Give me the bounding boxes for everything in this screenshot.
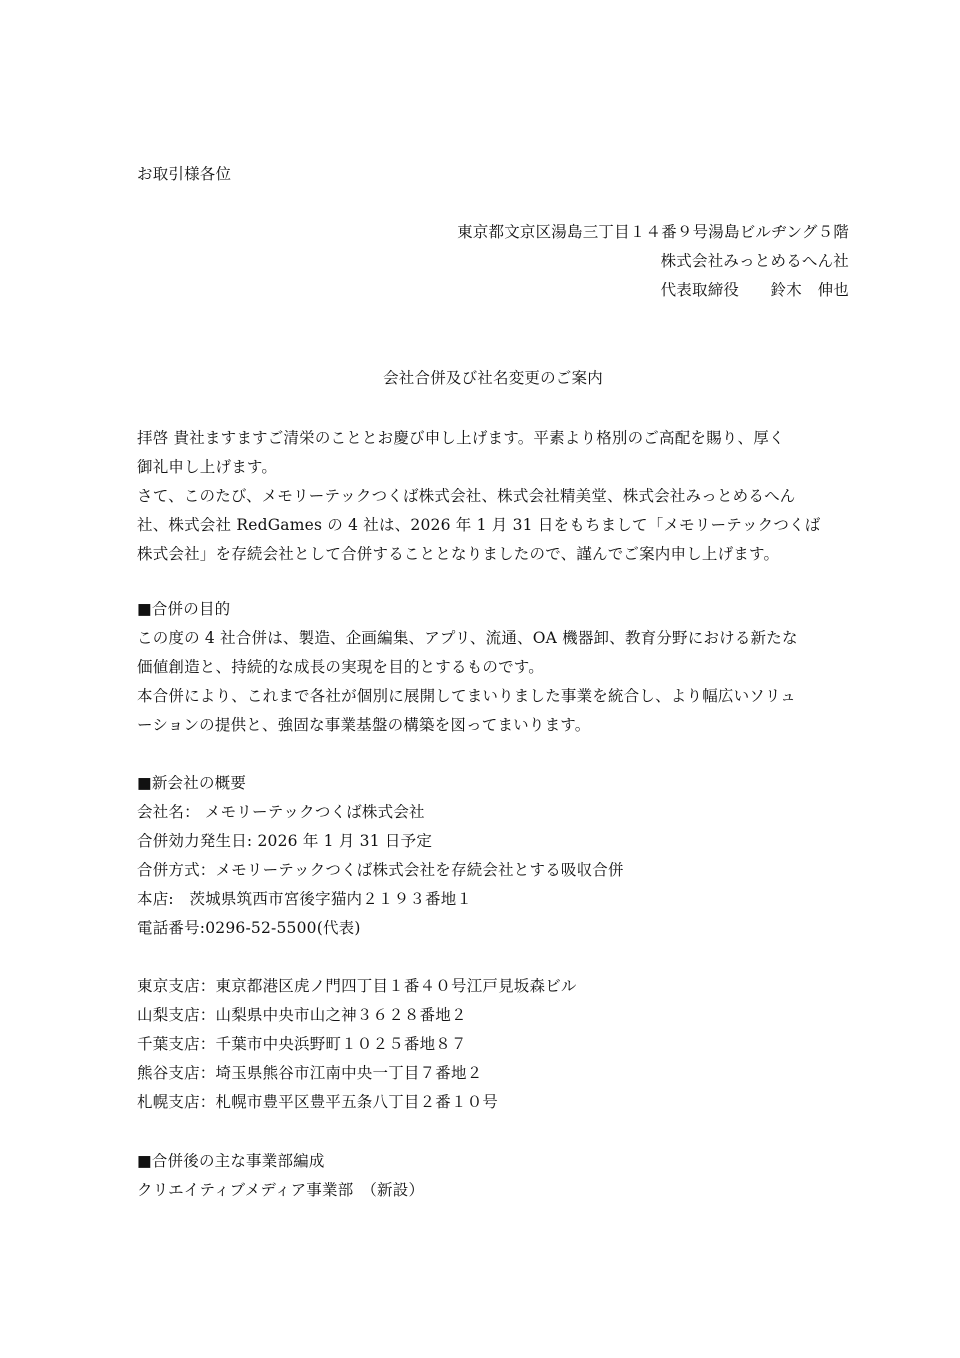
overview-head-office: 本店: 茨城県筑西市宮後字猫内２１９３番地１ — [137, 889, 472, 909]
intro-line: 御礼申し上げます。 — [137, 457, 277, 477]
overview-company-name: 会社名： メモリーテックつくば株式会社 — [137, 802, 425, 822]
overview-phone: 電話番号:0296-52-5500(代表) — [137, 918, 361, 938]
sender-representative: 代表取締役 鈴木 伸也 — [661, 280, 849, 300]
document-title: 会社合併及び社名変更のご案内 — [137, 368, 849, 388]
recipient: お取引様各位 — [137, 164, 231, 184]
section-heading-overview: ■新会社の概要 — [137, 773, 246, 793]
intro-line: さて、このたび、メモリーテックつくば株式会社、株式会社精美堂、株式会社みっとめる… — [137, 486, 795, 506]
branch-kumagaya: 熊谷支店：埼玉県熊谷市江南中央一丁目７番地２ — [137, 1063, 482, 1083]
overview-effective-date: 合併効力発生日: 2026 年 1 月 31 日予定 — [137, 831, 432, 851]
overview-merger-method: 合併方式：メモリーテックつくば株式会社を存続会社とする吸収合併 — [137, 860, 624, 880]
branch-chiba: 千葉支店：千葉市中央浜野町１０２５番地８７ — [137, 1034, 467, 1054]
intro-line: 拝啓 貴社ますますご清栄のこととお慶び申し上げます。平素より格別のご高配を賜り、… — [137, 428, 785, 448]
branch-yamanashi: 山梨支店：山梨県中央市山之神３６２８番地２ — [137, 1005, 467, 1025]
sender-address: 東京都文京区湯島三丁目１４番９号湯島ビルヂング５階 — [457, 222, 849, 242]
purpose-line: 価値創造と、持続的な成長の実現を目的とするものです。 — [137, 657, 544, 677]
purpose-line: ーションの提供と、強固な事業基盤の構築を図ってまいります。 — [137, 715, 590, 735]
purpose-line: この度の 4 社合併は、製造、企画編集、アプリ、流通、OA 機器卸、教育分野にお… — [137, 628, 798, 648]
sender-company: 株式会社みっとめるへん社 — [661, 251, 849, 271]
intro-line: 株式会社」を存続会社として合併することとなりましたので、謹んでご案内申し上げます… — [137, 544, 779, 564]
branch-sapporo: 札幌支店：札幌市豊平区豊平五条八丁目２番１０号 — [137, 1092, 498, 1112]
section-heading-purpose: ■合併の目的 — [137, 599, 230, 619]
intro-line: 社、株式会社 RedGames の 4 社は、2026 年 1 月 31 日をも… — [137, 515, 820, 535]
section-heading-divisions: ■合併後の主な事業部編成 — [137, 1151, 325, 1171]
purpose-line: 本合併により、これまで各社が個別に展開してまいりました事業を統合し、より幅広いソ… — [137, 686, 796, 706]
division-line: クリエイティブメディア事業部 （新設） — [137, 1180, 424, 1200]
branch-tokyo: 東京支店：東京都港区虎ノ門四丁目１番４０号江戸見坂森ビル — [137, 976, 577, 996]
